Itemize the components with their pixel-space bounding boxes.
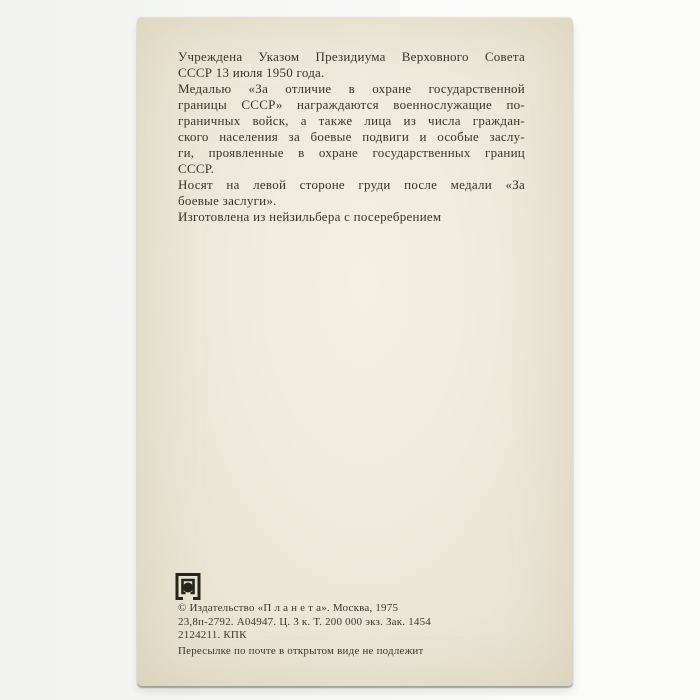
order-code-line: 2124211. КПК (178, 629, 538, 643)
colophon: © Издательство «П л а н е т а». Москва, … (178, 602, 538, 658)
text-line: границы СССР» награждаются военнослужащи… (178, 97, 525, 113)
text-line: граничных войск, а также лица из числа г… (178, 113, 525, 129)
text-line: Медалью «За отличие в охране государстве… (178, 81, 525, 97)
text-line: Изготовлена из нейзильбера с посеребрени… (178, 209, 525, 225)
planeta-publisher-logo-icon (173, 572, 203, 600)
text-line: Носят на левой стороне груди после медал… (178, 177, 525, 193)
text-line: ги, проявленные в охране государственных… (178, 145, 525, 161)
postcard-back: Учреждена Указом Президиума Верховного С… (137, 18, 573, 686)
postal-notice-line: Пересылке по почте в открытом виде не по… (178, 645, 538, 659)
text-line: СССР 13 июля 1950 года. (178, 65, 525, 81)
text-line: СССР. (178, 161, 525, 177)
text-line: Учреждена Указом Президиума Верховного С… (178, 49, 525, 65)
print-code-line: 23,8п-2792. А04947. Ц. 3 к. Т. 200 000 э… (178, 616, 538, 630)
scan-background: Учреждена Указом Президиума Верховного С… (0, 0, 700, 700)
publisher-line: © Издательство «П л а н е т а». Москва, … (178, 602, 538, 616)
medal-description-text: Учреждена Указом Президиума Верховного С… (178, 49, 525, 225)
text-line: боевые заслуги». (178, 193, 525, 209)
text-line: ского населения за боевые подвиги и особ… (178, 129, 525, 145)
